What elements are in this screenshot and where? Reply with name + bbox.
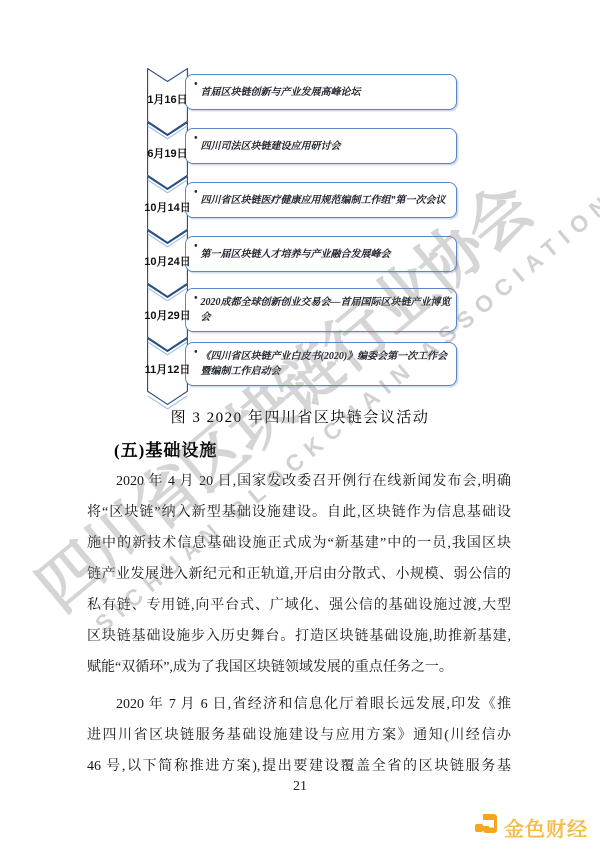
bullet-icon: • [194,185,198,200]
body-line: 区块链基础设施步入历史舞台。打造区块链基础设施,助推新基建, [87,621,511,652]
body-line: 将“区块链”纳入新型基础设施建设。自此,区块链作为信息基础设 [87,497,511,528]
timeline-date: 10月24日 [120,255,215,269]
body-text: 2020 年 4 月 20 日,国家发改委召开例行在线新闻发布会,明确 将“区块… [87,466,511,782]
chevron-connector-icon [147,179,188,194]
timeline-date: 10月29日 [120,309,215,323]
chevron-connector-icon [147,341,188,356]
event-box: •2020成都全球创新创业交易会—首届国际区块链产业博览会 [185,288,457,332]
bullet-icon: • [194,77,198,92]
event-text: 四川省区块链医疗健康应用规范编制工作组”第一次会议 [201,193,446,208]
jinse-logo-icon [473,812,499,843]
jinse-logo-text: 金色财经 [504,813,588,842]
jinse-logo: 金色财经 [473,812,588,843]
chevron-connector-icon [147,287,188,302]
body-line: 46 号,以下简称推进方案),提出要建设覆盖全省的区块链服务基 [87,751,511,782]
chevron-connector-icon [147,125,188,140]
event-box: •四川司法区块链建设应用研讨会 [185,128,457,164]
body-line: 2020 年 4 月 20 日,国家发改委召开例行在线新闻发布会,明确 [87,466,511,497]
timeline-date: 6月19日 [120,147,215,161]
section-heading: (五)基础设施 [114,436,217,461]
body-line: 2020 年 7 月 6 日,省经济和信息化厅着眼长远发展,印发《推 [87,689,511,720]
bullet-icon: • [194,291,198,306]
event-text: 首届区块链创新与产业发展高峰论坛 [201,85,361,100]
event-box: •《四川省区块链产业白皮书(2020)》编委会第一次工作会暨编制工作启动会 [185,342,457,386]
timeline-date: 10月14日 [120,201,215,215]
body-line: 施中的新技术信息基础设施正式成为“新基建”中的一员,我国区块 [87,528,511,559]
bullet-icon: • [194,131,198,146]
event-text: 2020成都全球创新创业交易会—首届国际区块链产业博览会 [201,295,451,325]
event-text: 《四川省区块链产业白皮书(2020)》编委会第一次工作会暨编制工作启动会 [201,349,451,379]
event-text: 第一届区块链人才培养与产业融合发展峰会 [201,247,391,262]
body-line: 链产业发展进入新纪元和正轨道,开启由分散式、小规模、弱公信的 [87,559,511,590]
bullet-icon: • [194,239,198,254]
timeline-figure: 1月16日 6月19日 10月14日 10月24日 10月29日 11月12日 … [0,68,600,413]
chevron-connector-icon [147,233,188,248]
document-page: 四川省区块链行业协会 SICHUAN BLOCKCHAIN ASSOCIATIO… [0,0,600,849]
body-line: 赋能“双循环”,成为了我国区块链领域发展的重点任务之一。 [87,652,511,683]
page-number: 21 [0,779,600,795]
event-box: •首届区块链创新与产业发展高峰论坛 [185,74,457,110]
body-line: 进四川省区块链服务基础设施建设与应用方案》通知(川经信办【2020】 [87,720,511,751]
body-line: 私有链、专用链,向平台式、广域化、强公信的基础设施过渡,大型 [87,590,511,621]
figure-caption: 图 3 2020 年四川省区块链会议活动 [0,406,600,427]
bullet-icon: • [194,345,198,360]
timeline-date: 1月16日 [120,93,215,107]
event-box: •四川省区块链医疗健康应用规范编制工作组”第一次会议 [185,182,457,218]
timeline-date: 11月12日 [120,363,215,377]
event-box: •第一届区块链人才培养与产业融合发展峰会 [185,236,457,272]
event-text: 四川司法区块链建设应用研讨会 [201,139,341,154]
